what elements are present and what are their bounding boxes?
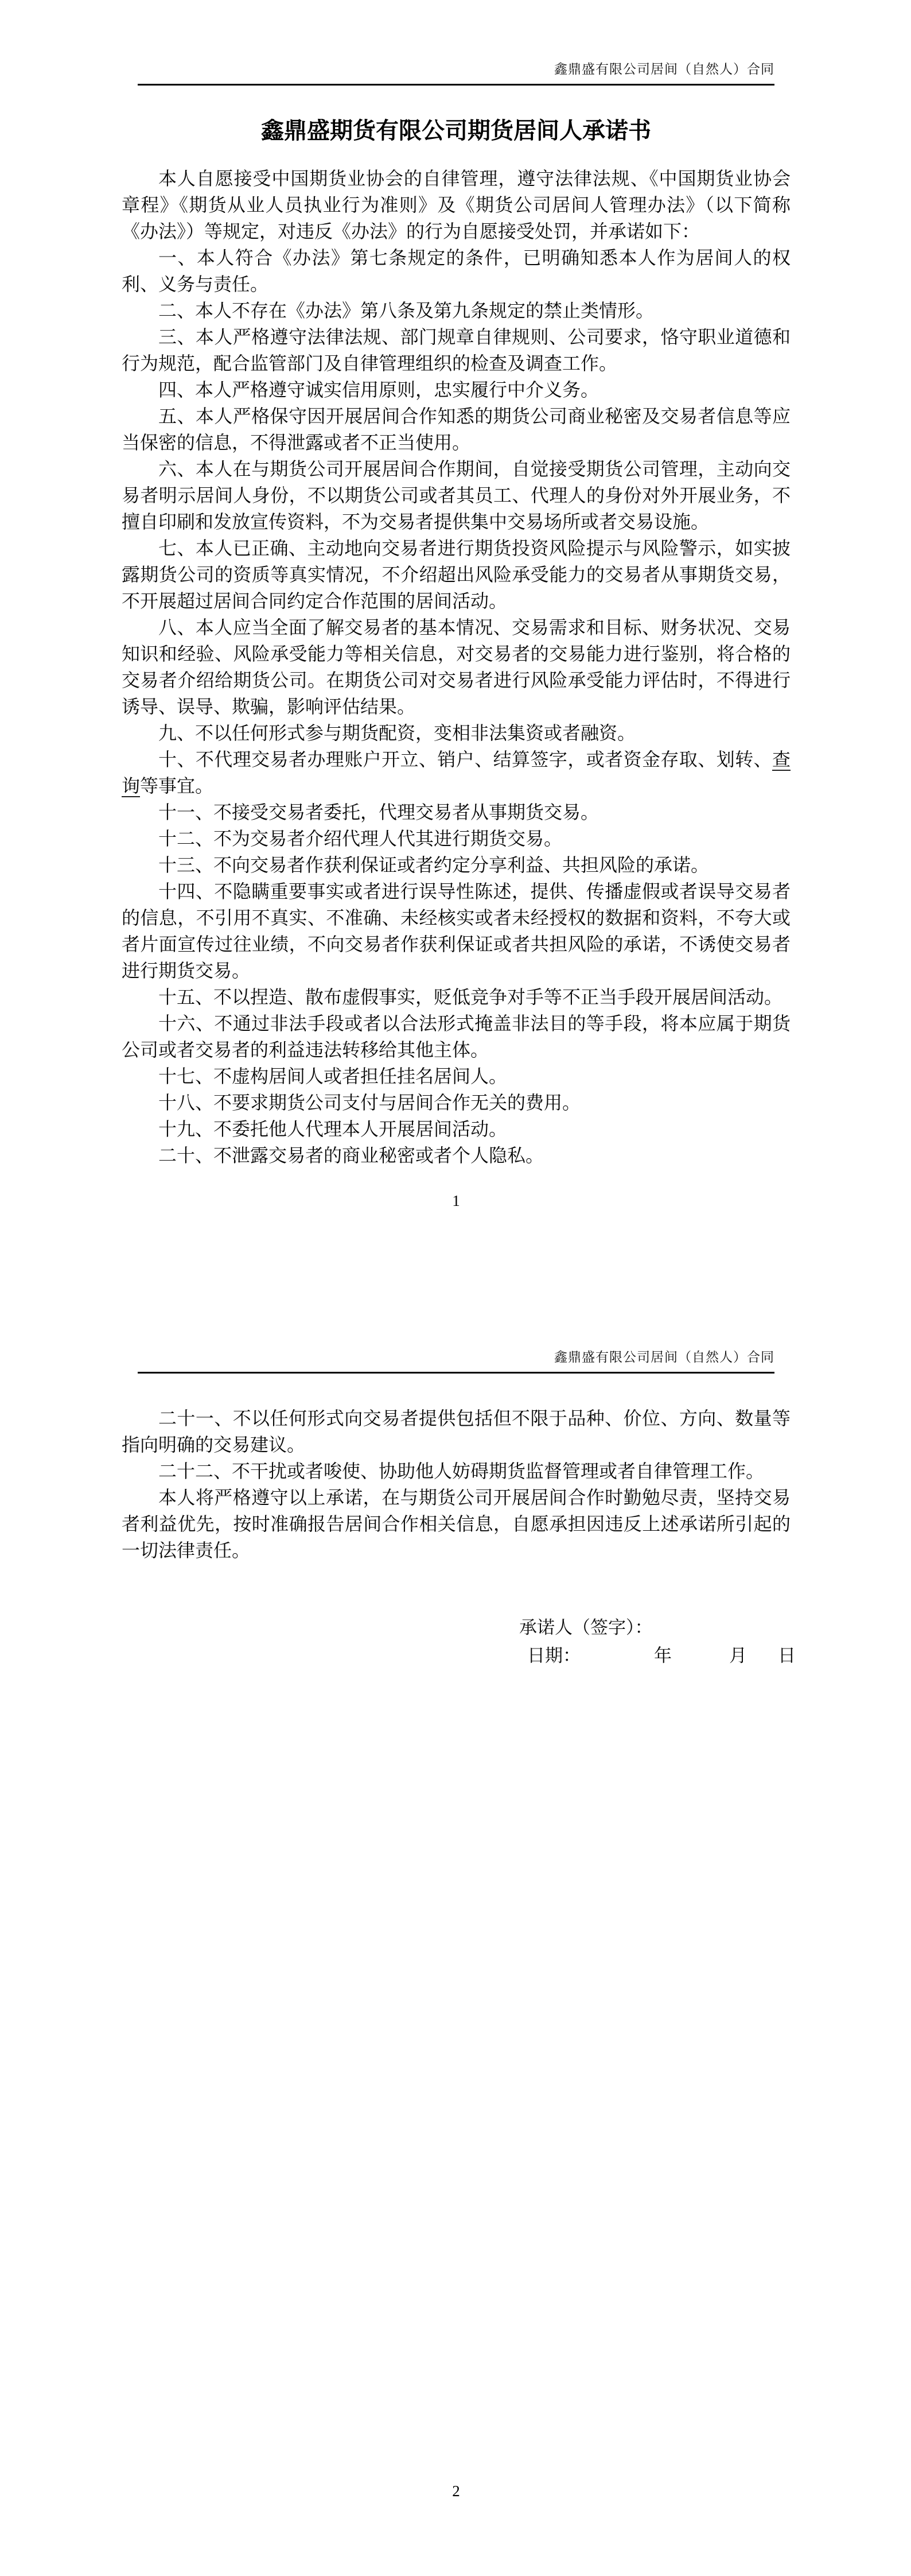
document-canvas: { "colors": { "text": "#0a0a0a", "backgr… (0, 0, 911, 2576)
signature-block: 承诺人（签字）： 日期：年月日 (519, 1614, 796, 1669)
clause-1: 一、本人符合《办法》第七条规定的条件，已明确知悉本人作为居间人的权利、义务与责任… (122, 245, 791, 297)
clause-13: 十三、不向交易者作获利保证或者约定分享利益、共担风险的承诺。 (122, 852, 791, 878)
clause-19: 十九、不委托他人代理本人开展居间活动。 (122, 1116, 791, 1142)
page-1-body: 本人自愿接受中国期货业协会的自律管理，遵守法律法规、《中国期货业协会章程》《期货… (122, 165, 791, 1169)
clause-10-suffix: 等事宜。 (140, 775, 213, 796)
clause-2: 二、本人不存在《办法》第八条及第九条规定的禁止类情形。 (122, 297, 791, 324)
closing-paragraph: 本人将严格遵守以上承诺，在与期货公司开展居间合作时勤勉尽责，坚持交易者利益优先，… (122, 1484, 791, 1564)
date-row: 日期：年月日 (519, 1642, 796, 1669)
page-header: 鑫鼎盛有限公司居间（自然人）合同 (138, 60, 774, 86)
clause-21: 二十一、不以任何形式向交易者提供包括但不限于品种、价位、方向、数量等指向明确的交… (122, 1405, 791, 1458)
intro-paragraph: 本人自愿接受中国期货业协会的自律管理，遵守法律法规、《中国期货业协会章程》《期货… (122, 165, 791, 245)
clause-17: 十七、不虚构居间人或者担任挂名居间人。 (122, 1063, 791, 1089)
clause-18: 十八、不要求期货公司支付与居间合作无关的费用。 (122, 1089, 791, 1116)
page-1: 鑫鼎盛有限公司居间（自然人）合同 鑫鼎盛期货有限公司期货居间人承诺书 本人自愿接… (0, 0, 911, 1288)
clause-22: 二十二、不干扰或者唆使、协助他人妨碍期货监督管理或者自律管理工作。 (122, 1458, 791, 1484)
clause-20: 二十、不泄露交易者的商业秘密或者个人隐私。 (122, 1142, 791, 1169)
page-header: 鑫鼎盛有限公司居间（自然人）合同 (138, 1348, 774, 1374)
clause-7: 七、本人已正确、主动地向交易者进行期货投资风险提示与风险警示，如实披露期货公司的… (122, 535, 791, 614)
clause-10: 十、不代理交易者办理账户开立、销户、结算签字，或者资金存取、划转、查询等事宜。 (122, 746, 791, 799)
signer-label: 承诺人（签字）： (519, 1614, 796, 1641)
clause-9: 九、不以任何形式参与期货配资，变相非法集资或者融资。 (122, 720, 791, 746)
page-2: 鑫鼎盛有限公司居间（自然人）合同 二十一、不以任何形式向交易者提供包括但不限于品… (0, 1288, 911, 2576)
clause-3: 三、本人严格遵守法律法规、部门规章自律规则、公司要求，恪守职业道德和行为规范，配… (122, 324, 791, 377)
date-label: 日期： (527, 1646, 581, 1666)
clause-11: 十一、不接受交易者委托，代理交易者从事期货交易。 (122, 799, 791, 825)
page-2-body: 二十一、不以任何形式向交易者提供包括但不限于品种、价位、方向、数量等指向明确的交… (122, 1405, 791, 1564)
clause-4: 四、本人严格遵守诚实信用原则，忠实履行中介义务。 (122, 377, 791, 403)
clause-16: 十六、不通过非法手段或者以合法形式掩盖非法目的等手段，将本应属于期货公司或者交易… (122, 1010, 791, 1063)
clause-14: 十四、不隐瞒重要事实或者进行误导性陈述，提供、传播虚假或者误导交易者的信息，不引… (122, 878, 791, 984)
clause-5: 五、本人严格保守因开展居间合作知悉的期货公司商业秘密及交易者信息等应当保密的信息… (122, 403, 791, 456)
month-label: 月 (729, 1642, 747, 1669)
clause-10-prefix: 十、不代理交易者办理账户开立、销户、结算签字，或者资金存取、划转、 (158, 749, 772, 770)
page-2-number: 2 (122, 2482, 791, 2500)
clause-8: 八、本人应当全面了解交易者的基本情况、交易需求和目标、财务状况、交易知识和经验、… (122, 614, 791, 720)
document-title: 鑫鼎盛期货有限公司期货居间人承诺书 (122, 117, 791, 145)
day-label: 日 (778, 1642, 796, 1669)
clause-12: 十二、不为交易者介绍代理人代其进行期货交易。 (122, 825, 791, 852)
clause-15: 十五、不以捏造、散布虚假事实，贬低竞争对手等不正当手段开展居间活动。 (122, 984, 791, 1010)
page-header-text: 鑫鼎盛有限公司居间（自然人）合同 (554, 1350, 774, 1364)
year-label: 年 (654, 1642, 672, 1669)
page-header-text: 鑫鼎盛有限公司居间（自然人）合同 (554, 62, 774, 76)
page-1-number: 1 (122, 1192, 791, 1210)
clause-6: 六、本人在与期货公司开展居间合作期间，自觉接受期货公司管理，主动向交易者明示居间… (122, 456, 791, 535)
